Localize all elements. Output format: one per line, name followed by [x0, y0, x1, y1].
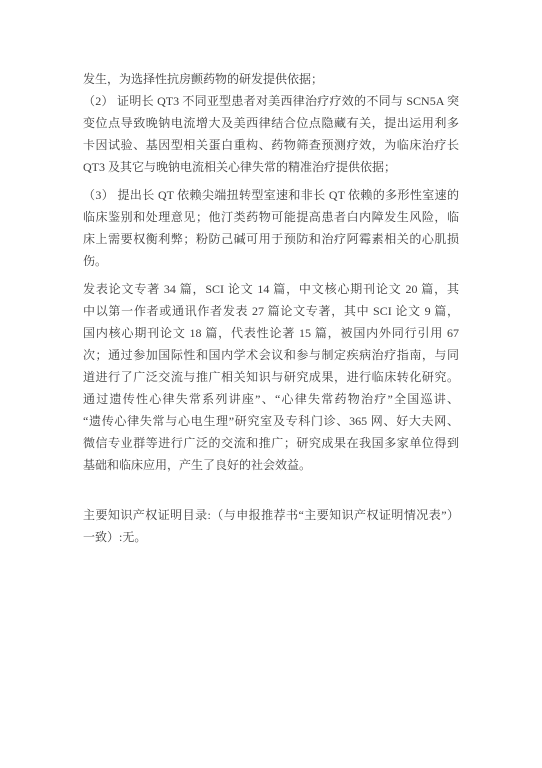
text-line: 变位点导致晚钠电流增大及美西律结合位点隐藏有关，提出运用利多: [83, 112, 459, 134]
text-line: 临床鉴别和处理意见；他汀类药物可能提高患者白内障发生风险，临: [83, 206, 459, 228]
text-line: 床上需要权衡利弊；粉防己碱可用于预防和治疗阿霉素相关的心肌损: [83, 228, 459, 250]
text-line: “遗传心律失常与心电生理”研究室及专科门诊、365 网、好大夫网、: [83, 410, 459, 432]
para-item-2: （2） 证明长 QT3 不同亚型患者对美西律治疗疗效的不同与 SCN5A 突变位…: [83, 90, 459, 178]
text-line: 一致）:无。: [83, 526, 459, 548]
para-item-3: （3） 提出长 QT 依赖尖端扭转型室速和非长 QT 依赖的多形性室速的临床鉴别…: [83, 184, 459, 272]
document-body: 发生，为选择性抗房颤药物的研发提供依据；（2） 证明长 QT3 不同亚型患者对美…: [83, 68, 459, 548]
text-line: 发表论文专著 34 篇，SCI 论文 14 篇，中文核心期刊论文 20 篇，其: [83, 278, 459, 300]
text-line: 道进行了广泛交流与推广相关知识与研究成果，进行临床转化研究。: [83, 366, 459, 388]
text-line: 主要知识产权证明目录:（与申报推荐书“主要知识产权证明情况表”）: [83, 504, 459, 526]
text-line: 基础和临床应用，产生了良好的社会效益。: [83, 454, 459, 476]
para-ip-certificates: 主要知识产权证明目录:（与申报推荐书“主要知识产权证明情况表”）一致）:无。: [83, 504, 459, 548]
text-line: （2） 证明长 QT3 不同亚型患者对美西律治疗疗效的不同与 SCN5A 突: [83, 90, 459, 112]
text-line: 发生，为选择性抗房颤药物的研发提供依据；: [83, 68, 459, 90]
text-line: 伤。: [83, 250, 459, 272]
text-line: （3） 提出长 QT 依赖尖端扭转型室速和非长 QT 依赖的多形性室速的: [83, 184, 459, 206]
text-line: 通过遗传性心律失常系列讲座”、“心律失常药物治疗”全国巡讲、: [83, 388, 459, 410]
para-continuation: 发生，为选择性抗房颤药物的研发提供依据；: [83, 68, 459, 90]
text-line: QT3 及其它与晚钠电流相关心律失常的精准治疗提供依据；: [83, 156, 459, 178]
document-page: 发生，为选择性抗房颤药物的研发提供依据；（2） 证明长 QT3 不同亚型患者对美…: [0, 0, 542, 768]
text-line: 微信专业群等进行广泛的交流和推广；研究成果在我国多家单位得到: [83, 432, 459, 454]
text-line: 中以第一作者或通讯作者发表 27 篇论文专著，其中 SCI 论文 9 篇，: [83, 300, 459, 322]
text-line: 国内核心期刊论文 18 篇，代表性论著 15 篇，被国内外同行引用 67: [83, 322, 459, 344]
text-line: 次；通过参加国际性和国内学术会议和参与制定疾病治疗指南，与同: [83, 344, 459, 366]
text-line: 卡因试验、基因型相关蛋白重构、药物筛查预测疗效，为临床治疗长: [83, 134, 459, 156]
para-publications: 发表论文专著 34 篇，SCI 论文 14 篇，中文核心期刊论文 20 篇，其中…: [83, 278, 459, 476]
